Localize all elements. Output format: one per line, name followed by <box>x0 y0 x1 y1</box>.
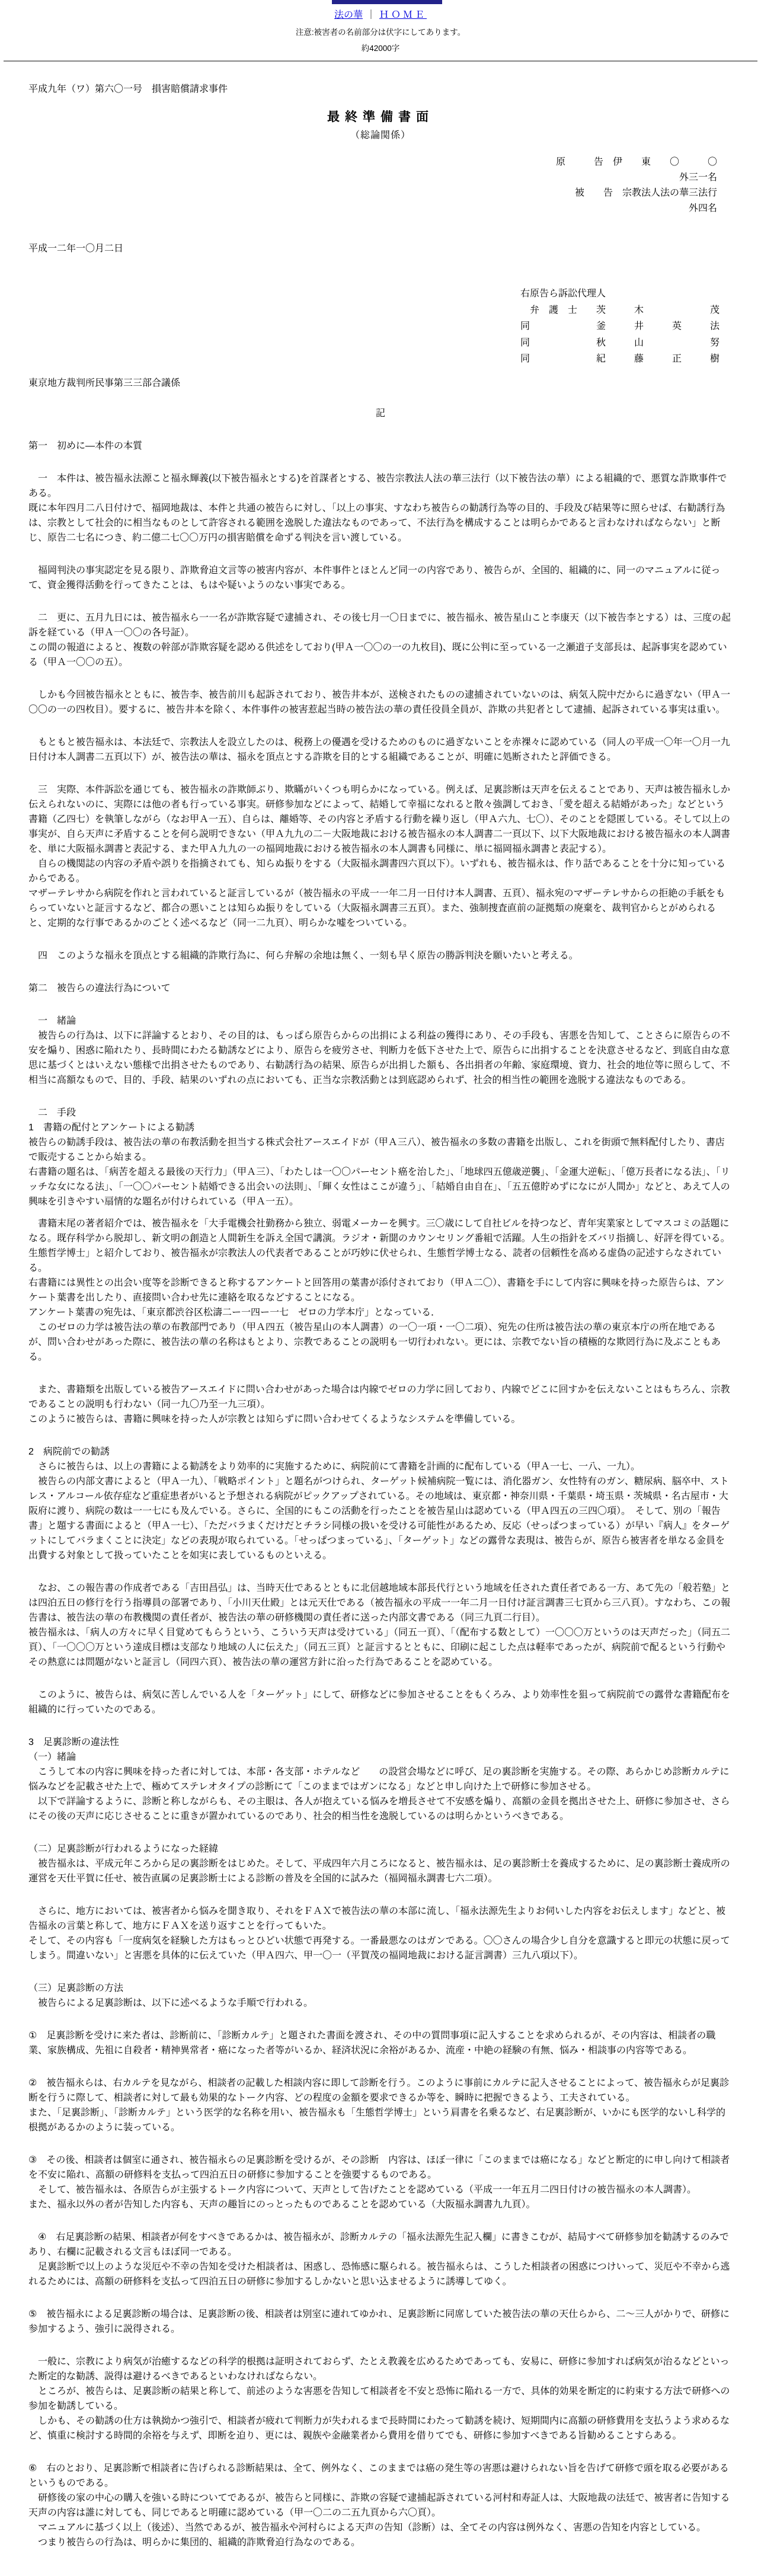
record-marker: 記 <box>28 406 733 421</box>
counsel-line: 弁 護 士 茨 木 茂 <box>520 302 720 319</box>
doc-paragraph: ⑤ 被告福永による足裏診断の場合は、足裏診断の後、相談者は別室に連れてゆかれ、足… <box>28 2307 733 2337</box>
doc-paragraph: このように被告らは、書籍に興味を持った人が宗教とは知らずに問い合わせてくるような… <box>28 1412 733 1427</box>
doc-paragraph: 右書籍には異性との出会い度等を診断できると称するアンケートと回答用の葉書が添付さ… <box>28 1276 733 1305</box>
doc-paragraph: もともと被告福永は、本法廷で、宗教法人を設立したのは、税務上の優遇を受けるための… <box>28 735 733 765</box>
header-divider <box>4 60 757 62</box>
home-link[interactable]: ＨＯＭＥ <box>379 10 427 20</box>
party-line: 原 告 伊 東 〇 〇 <box>28 155 717 170</box>
doc-paragraph: 3 足裏診断の違法性 <box>28 1735 733 1750</box>
case-number: 平成九年（ワ）第六〇一号 損害賠償請求事件 <box>28 82 733 97</box>
doc-paragraph: 一 緒論 <box>28 1014 733 1028</box>
doc-paragraph: しかも、その勧誘の仕方は執拗かつ強引で、相談者が疲れて判断力が失われるまで長時間… <box>28 2414 733 2443</box>
doc-paragraph: （二）足裏診断が行われるようになった経緯 <box>28 1842 733 1856</box>
doc-paragraph: 被告らの行為は、以下に詳論するとおり、その目的は、もっぱら原告らからの出捐による… <box>28 1028 733 1088</box>
doc-paragraph: また、福永以外の者が告知した内容も、天声の趣旨にのっとったものであることを認めて… <box>28 2197 733 2212</box>
doc-paragraph: しかも今回被告福永とともに、被告李、被告前川も起訴されており、被告井本が、送検さ… <box>28 688 733 717</box>
court-name: 東京地方裁判所民事第三三部合議係 <box>28 376 733 391</box>
party-line: 被 告 宗教法人法の華三法行 <box>28 186 717 201</box>
char-count: 約42000字 <box>0 41 761 53</box>
doc-paragraph: こうして本の内容に興味を持った者に対しては、本部・各支部・ホテルなど の設営会場… <box>28 1765 733 1794</box>
doc-paragraph: マニュアルに基づく以上（後述）、当然であるが、被告福永や河村らによる天声の告知（… <box>28 2520 733 2535</box>
doc-paragraph: 右書籍の題名は、「病苦を超える最後の天行力」（甲Ａ三）、「わたしは一〇〇パーセン… <box>28 1165 733 1209</box>
doc-paragraph: なお、この報告書の作成者である「吉田昌弘」は、当時天仕であるとともに北信越地域本… <box>28 1581 733 1625</box>
doc-paragraph: ① 足裏診断を受けに来た者は、診断前に、「診断カルテ」と題された書面を渡され、そ… <box>28 2028 733 2058</box>
document-subtitle: （総論関係） <box>28 128 733 143</box>
page-header: 法の華｜ＨＯＭＥ 注意:被害者の名前部分は伏字にしてあります。 約42000字 <box>0 0 761 53</box>
notice-text: 注意:被害者の名前部分は伏字にしてあります。 <box>0 25 761 37</box>
doc-paragraph: （三）足裏診断の方法 <box>28 1981 733 1996</box>
counsel-line: 同 秋 山 努 <box>520 335 720 351</box>
doc-paragraph: さらに被告らは、以上の書籍による勧誘をより効率的に実施するために、病院前にて書籍… <box>28 1459 733 1474</box>
doc-paragraph: 被告らによる足裏診断は、以下に述べるような手順で行われる。 <box>28 1996 733 2011</box>
doc-paragraph: ② 被告福永らは、右カルテを見ながら、相談者の記載した相談内容に即して診断を行う… <box>28 2076 733 2105</box>
nav-separator: ｜ <box>366 10 376 20</box>
doc-paragraph: 三 実際、本件訴訟を通じても、被告福永の詐欺師ぶり、欺瞞がいくつも明らかになって… <box>28 782 733 856</box>
doc-paragraph: 研修後の家の中心の購入を強いる時についてであるが、被告らと同様に、詐欺の容疑で逮… <box>28 2491 733 2520</box>
doc-paragraph: 被告福永は、「病人の方々に早く目覚めてもらうという、こういう天声は受けている」（… <box>28 1625 733 1670</box>
doc-paragraph: 2 病院前での勧誘 <box>28 1444 733 1459</box>
doc-paragraph: 被告らの勧誘手段は、被告法の華の布教活動を担当する株式会社アースエイドが（甲Ａ三… <box>28 1135 733 1165</box>
document-date: 平成一二年一〇月二日 <box>28 241 733 256</box>
cutoff-banner-fragment <box>332 0 442 4</box>
doc-paragraph: 被告らの内部文書によると（甲Ａ一九）、「戦略ポイント」と題名がつけられ、ターゲッ… <box>28 1474 733 1563</box>
doc-paragraph: 以下で詳論するように、診断と称しながらも、その主眼は、各人が抱えている悩みを増長… <box>28 1794 733 1824</box>
doc-paragraph: 書籍末尾の著者紹介では、被告福永を「大手電機会社勤務から独立、弱電メーカーを興す… <box>28 1216 733 1276</box>
doc-paragraph: 一般に、宗教により病気が治癒するなどの科学的根拠は証明されておらず、たとえ教義を… <box>28 2354 733 2384</box>
doc-paragraph: ④ 右足裏診断の結果、相談者が何をすべきであるかは、被告福永が、診断カルテの「福… <box>28 2230 733 2259</box>
doc-paragraph: 二 手段 <box>28 1105 733 1120</box>
counsel-heading: 右原告ら訴訟代理人 <box>520 286 720 302</box>
party-line: 外三一名 <box>28 170 717 186</box>
doc-paragraph: ところが、被告らは、足裏診断の結果と称して、前述のような害悪を告知して相談者を不… <box>28 2384 733 2414</box>
doc-paragraph: 被告福永は、平成元年ころから足の裏診断をはじめた。そして、平成四年六月ころになる… <box>28 1856 733 1886</box>
legal-document: 平成九年（ワ）第六〇一号 損害賠償請求事件 最終準備書面 （総論関係） 原 告 … <box>0 82 761 2576</box>
bottom-padding <box>28 2550 733 2576</box>
doc-paragraph: また、書籍類を出版している被告アースエイドに問い合わせがあった場合は内線でゼロの… <box>28 1382 733 1412</box>
doc-paragraph: ③ その後、相談者は個室に通され、被告福永らの足裏診断を受けるが、その診断 内容… <box>28 2153 733 2182</box>
doc-paragraph: このゼロの力学は被告法の華の布教部門であり（甲Ａ四五（被告星山の本人調書）の一〇… <box>28 1320 733 1364</box>
doc-paragraph: 一 本件は、被告福永法源こと福永輝義(以下被告福永とする)を首謀者とする、被告宗… <box>28 471 733 501</box>
counsel-line: 同 紀 藤 正 樹 <box>520 351 720 367</box>
doc-paragraph: （一）緒論 <box>28 1750 733 1765</box>
doc-paragraph: そして、被告福永は、各原告らが主張するトーク内容について、天声として告げたことを… <box>28 2182 733 2197</box>
document-title: 最終準備書面 <box>28 110 733 124</box>
counsel-line: 同 釜 井 英 法 <box>520 318 720 335</box>
doc-paragraph: 自らの機関誌の内容の矛盾や誤りを指摘されても、知らぬ振りをする（大阪福永調書四六… <box>28 856 733 886</box>
counsel-lines: 弁 護 士 茨 木 茂同 釜 井 英 法同 秋 山 努同 紀 藤 正 樹 <box>520 302 720 367</box>
site-link-honohana[interactable]: 法の華 <box>334 10 363 20</box>
doc-paragraph: 既に本年四月二八日付けで、福岡地裁は、本件と共通の被告らに対し、「以上の事実、す… <box>28 501 733 545</box>
doc-paragraph: 二 更に、五月九日には、被告福永ら一一名が詐欺容疑で逮捕され、その後七月一〇日ま… <box>28 611 733 640</box>
doc-paragraph: アンケート葉書の宛先は、「東京都渋谷区松濤二ー一四ー一七 ゼロの力学本庁」となっ… <box>28 1305 733 1320</box>
site-nav: 法の華｜ＨＯＭＥ <box>0 7 761 21</box>
doc-paragraph: 福岡判決の事実認定を見る限り、詐欺脅迫文言等の被害内容が、本件事件とほとんど同一… <box>28 563 733 593</box>
party-block: 原 告 伊 東 〇 〇外三一名被 告 宗教法人法の華三法行外四名 <box>28 155 733 216</box>
counsel-block: 右原告ら訴訟代理人 弁 護 士 茨 木 茂同 釜 井 英 法同 秋 山 努同 紀… <box>520 286 720 367</box>
doc-paragraph: また、「足裏診断」、「診断カルテ」という医学的な名称を用い、被告福永も「生態哲学… <box>28 2105 733 2135</box>
doc-paragraph: このように、被告らは、病気に苦しんでいる人を「ターゲット」にして、研修などに参加… <box>28 1687 733 1717</box>
doc-paragraph: そして、その内容も「一度病気を経験した方はもっとひどい状態で再発する。一番最悪な… <box>28 1933 733 1963</box>
doc-paragraph: 第一 初めに―本件の本質 <box>28 439 733 453</box>
doc-paragraph: 1 書籍の配付とアンケートによる勧誘 <box>28 1120 733 1135</box>
doc-paragraph: 第二 被告らの違法行為について <box>28 981 733 996</box>
doc-paragraph: この間の報道によると、複数の幹部が詐欺容疑を認める供述をしており(甲Ａ一〇〇の一… <box>28 640 733 670</box>
party-line: 外四名 <box>28 201 717 216</box>
doc-paragraph: 足裏診断で以上のような災厄や不幸の告知を受けた相談者は、困惑し、恐怖感に駆られる… <box>28 2259 733 2289</box>
doc-paragraph: マザーテレサから病院を作れと言われていると証言しているが（被告福永の平成一一年二… <box>28 886 733 931</box>
document-body: 第一 初めに―本件の本質 一 本件は、被告福永法源こと福永輝義(以下被告福永とす… <box>28 439 733 2550</box>
doc-paragraph: さらに、地方においては、被害者から悩みを聞き取り、それをＦＡＸで被告法の華の本部… <box>28 1904 733 1933</box>
doc-paragraph: つまり被告らの行為は、明らかに集団的、組織的詐欺脅迫行為なのである。 <box>28 2535 733 2550</box>
doc-paragraph: ⑥ 右のとおり、足裏診断で相談者に告げられる診断結果は、全て、例外なく、このまま… <box>28 2461 733 2491</box>
doc-paragraph: 四 このような福永を頂点とする組織的詐欺行為に、何ら弁解の余地は無く、一刻も早く… <box>28 948 733 963</box>
